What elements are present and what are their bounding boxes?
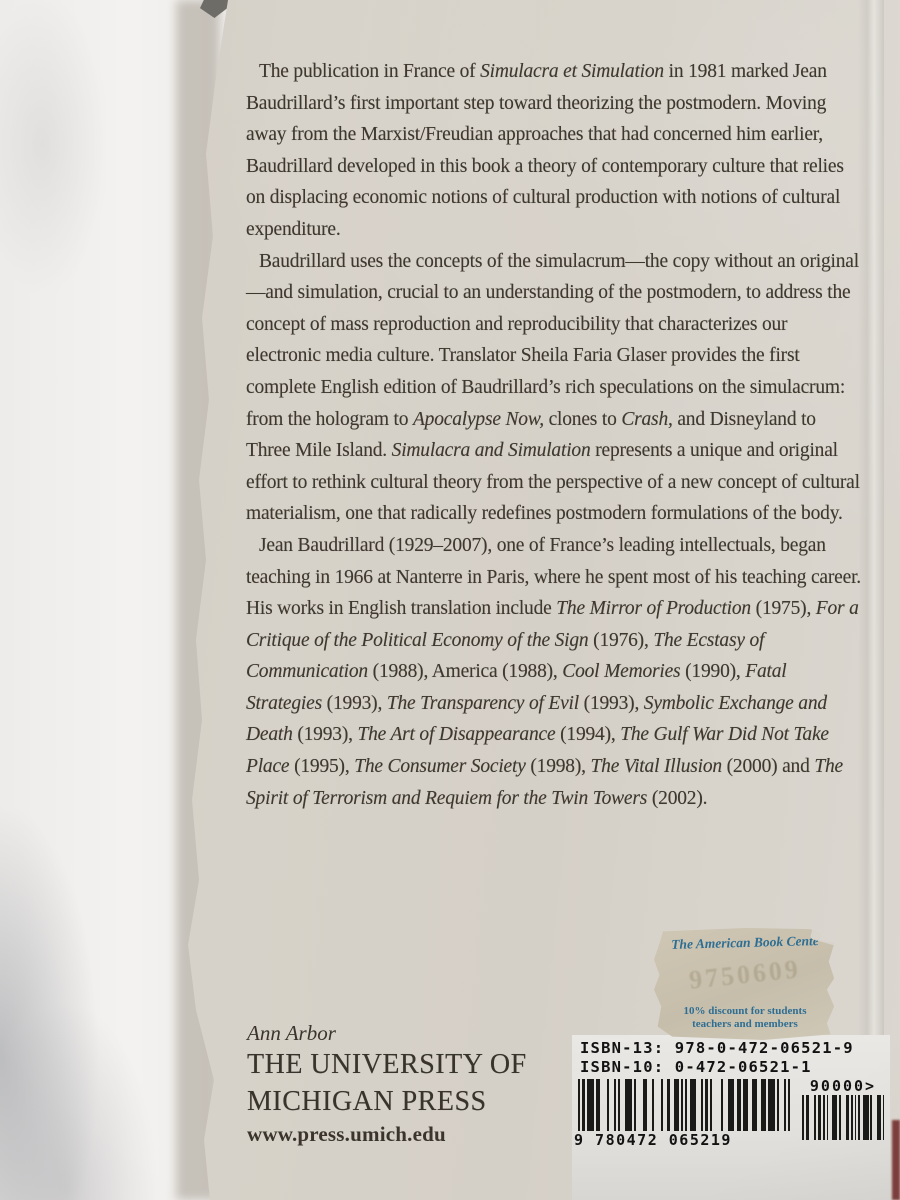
barcode-panel: ISBN-13: 978-0-472-06521-9 ISBN-10: 0-47… — [572, 1035, 890, 1200]
sticker-ghost-numbers: 9750609 — [653, 951, 837, 1000]
barcode-addon-text: 90000> — [800, 1077, 886, 1095]
book-back-cover-photo: The publication in France of Simulacra e… — [0, 0, 900, 1200]
barcode-digits: 9 780472 065219 — [574, 1131, 792, 1149]
publisher-url: www.press.umich.edu — [247, 1121, 527, 1147]
blurb-paragraph-3: Jean Baudrillard (1929–2007), one of Fra… — [246, 530, 862, 814]
publisher-block: Ann Arbor THE UNIVERSITY OF MICHIGAN PRE… — [247, 1020, 527, 1147]
isbn13-text: ISBN-13: 978-0-472-06521-9 — [580, 1039, 854, 1057]
publisher-city: Ann Arbor — [247, 1020, 527, 1046]
isbn10-text: ISBN-10: 0-472-06521-1 — [580, 1058, 812, 1076]
ean5-addon-barcode — [802, 1095, 884, 1140]
ean13-barcode — [578, 1079, 790, 1131]
red-book-sliver — [892, 1120, 900, 1200]
sticker-store-name: The American Book Cente — [654, 933, 836, 954]
sticker-discount-line2: teachers and members — [654, 1018, 836, 1031]
sticker-discount-line1: 10% discount for students — [654, 1005, 836, 1018]
publisher-name-line1: THE UNIVERSITY OF — [247, 1046, 527, 1083]
blurb-paragraph-2: Baudrillard uses the concepts of the sim… — [246, 246, 862, 530]
sticker-discount-text: 10% discount for students teachers and m… — [654, 1005, 836, 1031]
back-cover-blurb: The publication in France of Simulacra e… — [246, 56, 862, 814]
bookstore-sticker: The American Book Cente 9750609 10% disc… — [654, 928, 836, 1040]
publisher-name-line2: MICHIGAN PRESS — [247, 1083, 527, 1120]
blurb-paragraph-1: The publication in France of Simulacra e… — [246, 56, 862, 246]
